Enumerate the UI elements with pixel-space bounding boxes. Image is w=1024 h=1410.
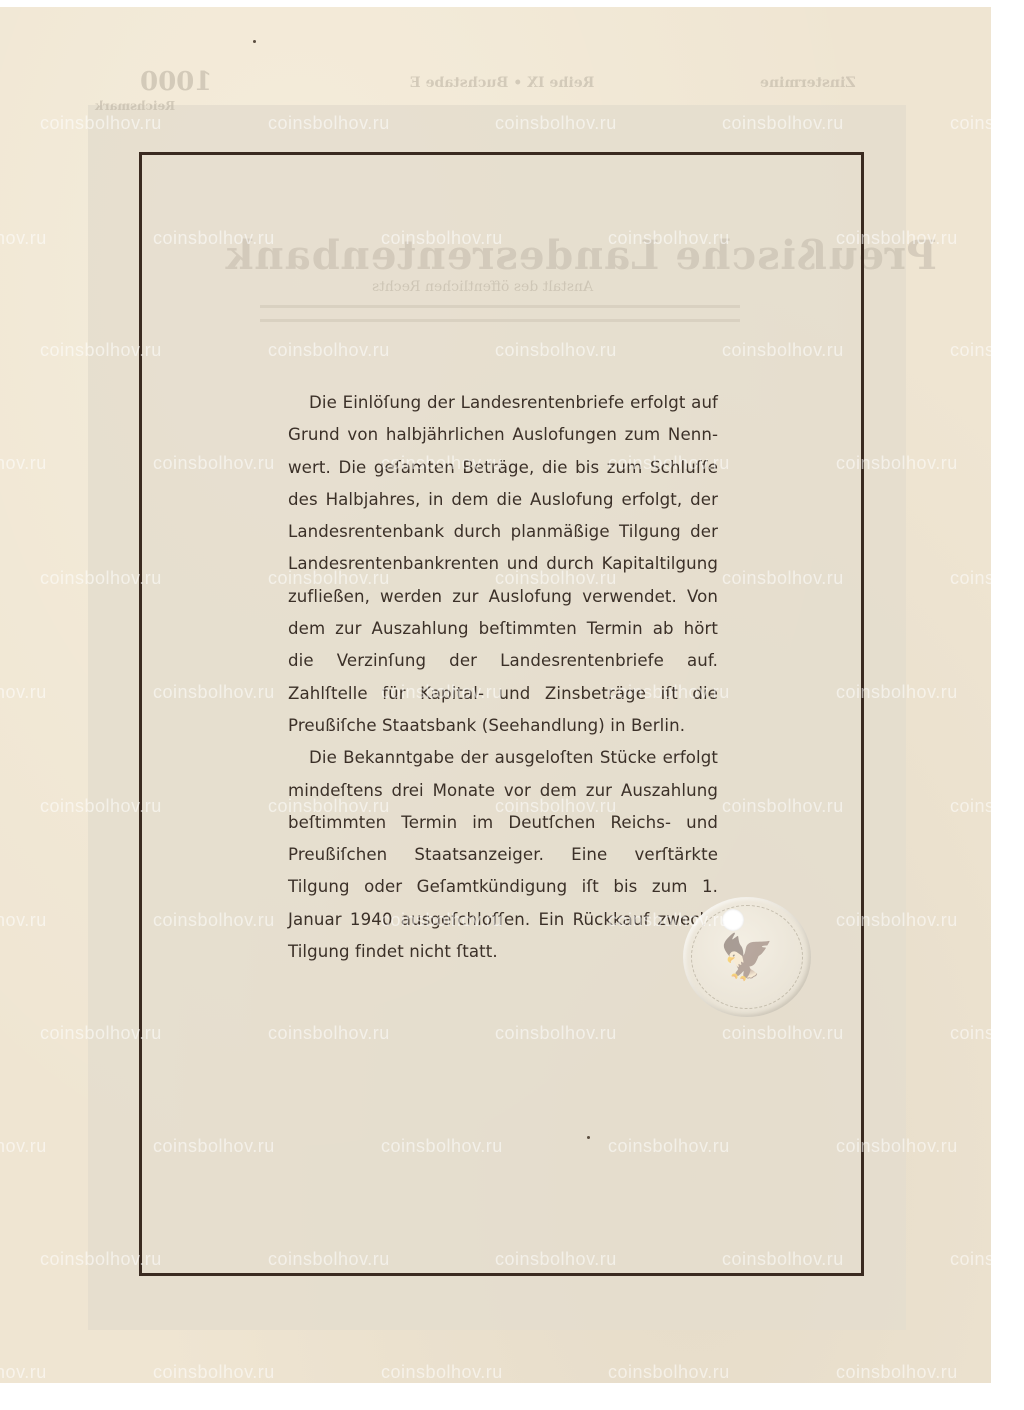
punch-hole <box>722 909 744 931</box>
watermark-text: coinsbolhov.ru <box>836 1362 958 1383</box>
watermark-text: coinsbolhov.ru <box>950 113 991 134</box>
bleed-header-left: Reichsmark <box>95 99 175 113</box>
document-paper: 1000 Reichsmark Reihe IX • Buchstabe E Z… <box>0 7 991 1383</box>
watermark-text: coinsbolhov.ru <box>381 1362 503 1383</box>
paper-speck <box>587 1136 590 1139</box>
watermark-text: coinsbolhov.ru <box>950 340 991 361</box>
bleed-header-right: Zinstermine <box>760 75 856 91</box>
watermark-text: coinsbolhov.ru <box>0 682 47 703</box>
paper-speck <box>253 40 256 43</box>
watermark-text: coinsbolhov.ru <box>608 1362 730 1383</box>
watermark-text: coinsbolhov.ru <box>0 453 47 474</box>
eagle-icon: 🦅 <box>720 931 775 983</box>
embossed-seal: 🦅 <box>683 897 811 1017</box>
watermark-text: coinsbolhov.ru <box>950 568 991 589</box>
watermark-text: coinsbolhov.ru <box>950 1023 991 1044</box>
paragraph-announcement: Die Bekanntgabe der ausgeloſten Stücke e… <box>288 742 718 968</box>
watermark-text: coinsbolhov.ru <box>0 228 47 249</box>
watermark-text: coinsbolhov.ru <box>0 1136 47 1157</box>
watermark-text: coinsbolhov.ru <box>950 1249 991 1270</box>
watermark-text: coinsbolhov.ru <box>0 1362 47 1383</box>
bleed-header-center: Reihe IX • Buchstabe E <box>410 75 594 91</box>
bleed-denomination: 1000 <box>140 67 212 97</box>
watermark-text: coinsbolhov.ru <box>153 1362 275 1383</box>
watermark-text: coinsbolhov.ru <box>0 910 47 931</box>
watermark-text: coinsbolhov.ru <box>950 796 991 817</box>
paragraph-redemption: Die Einlöſung der Landesrentenbriefe erf… <box>288 387 718 742</box>
document-body: Die Einlöſung der Landesrentenbriefe erf… <box>288 387 718 968</box>
